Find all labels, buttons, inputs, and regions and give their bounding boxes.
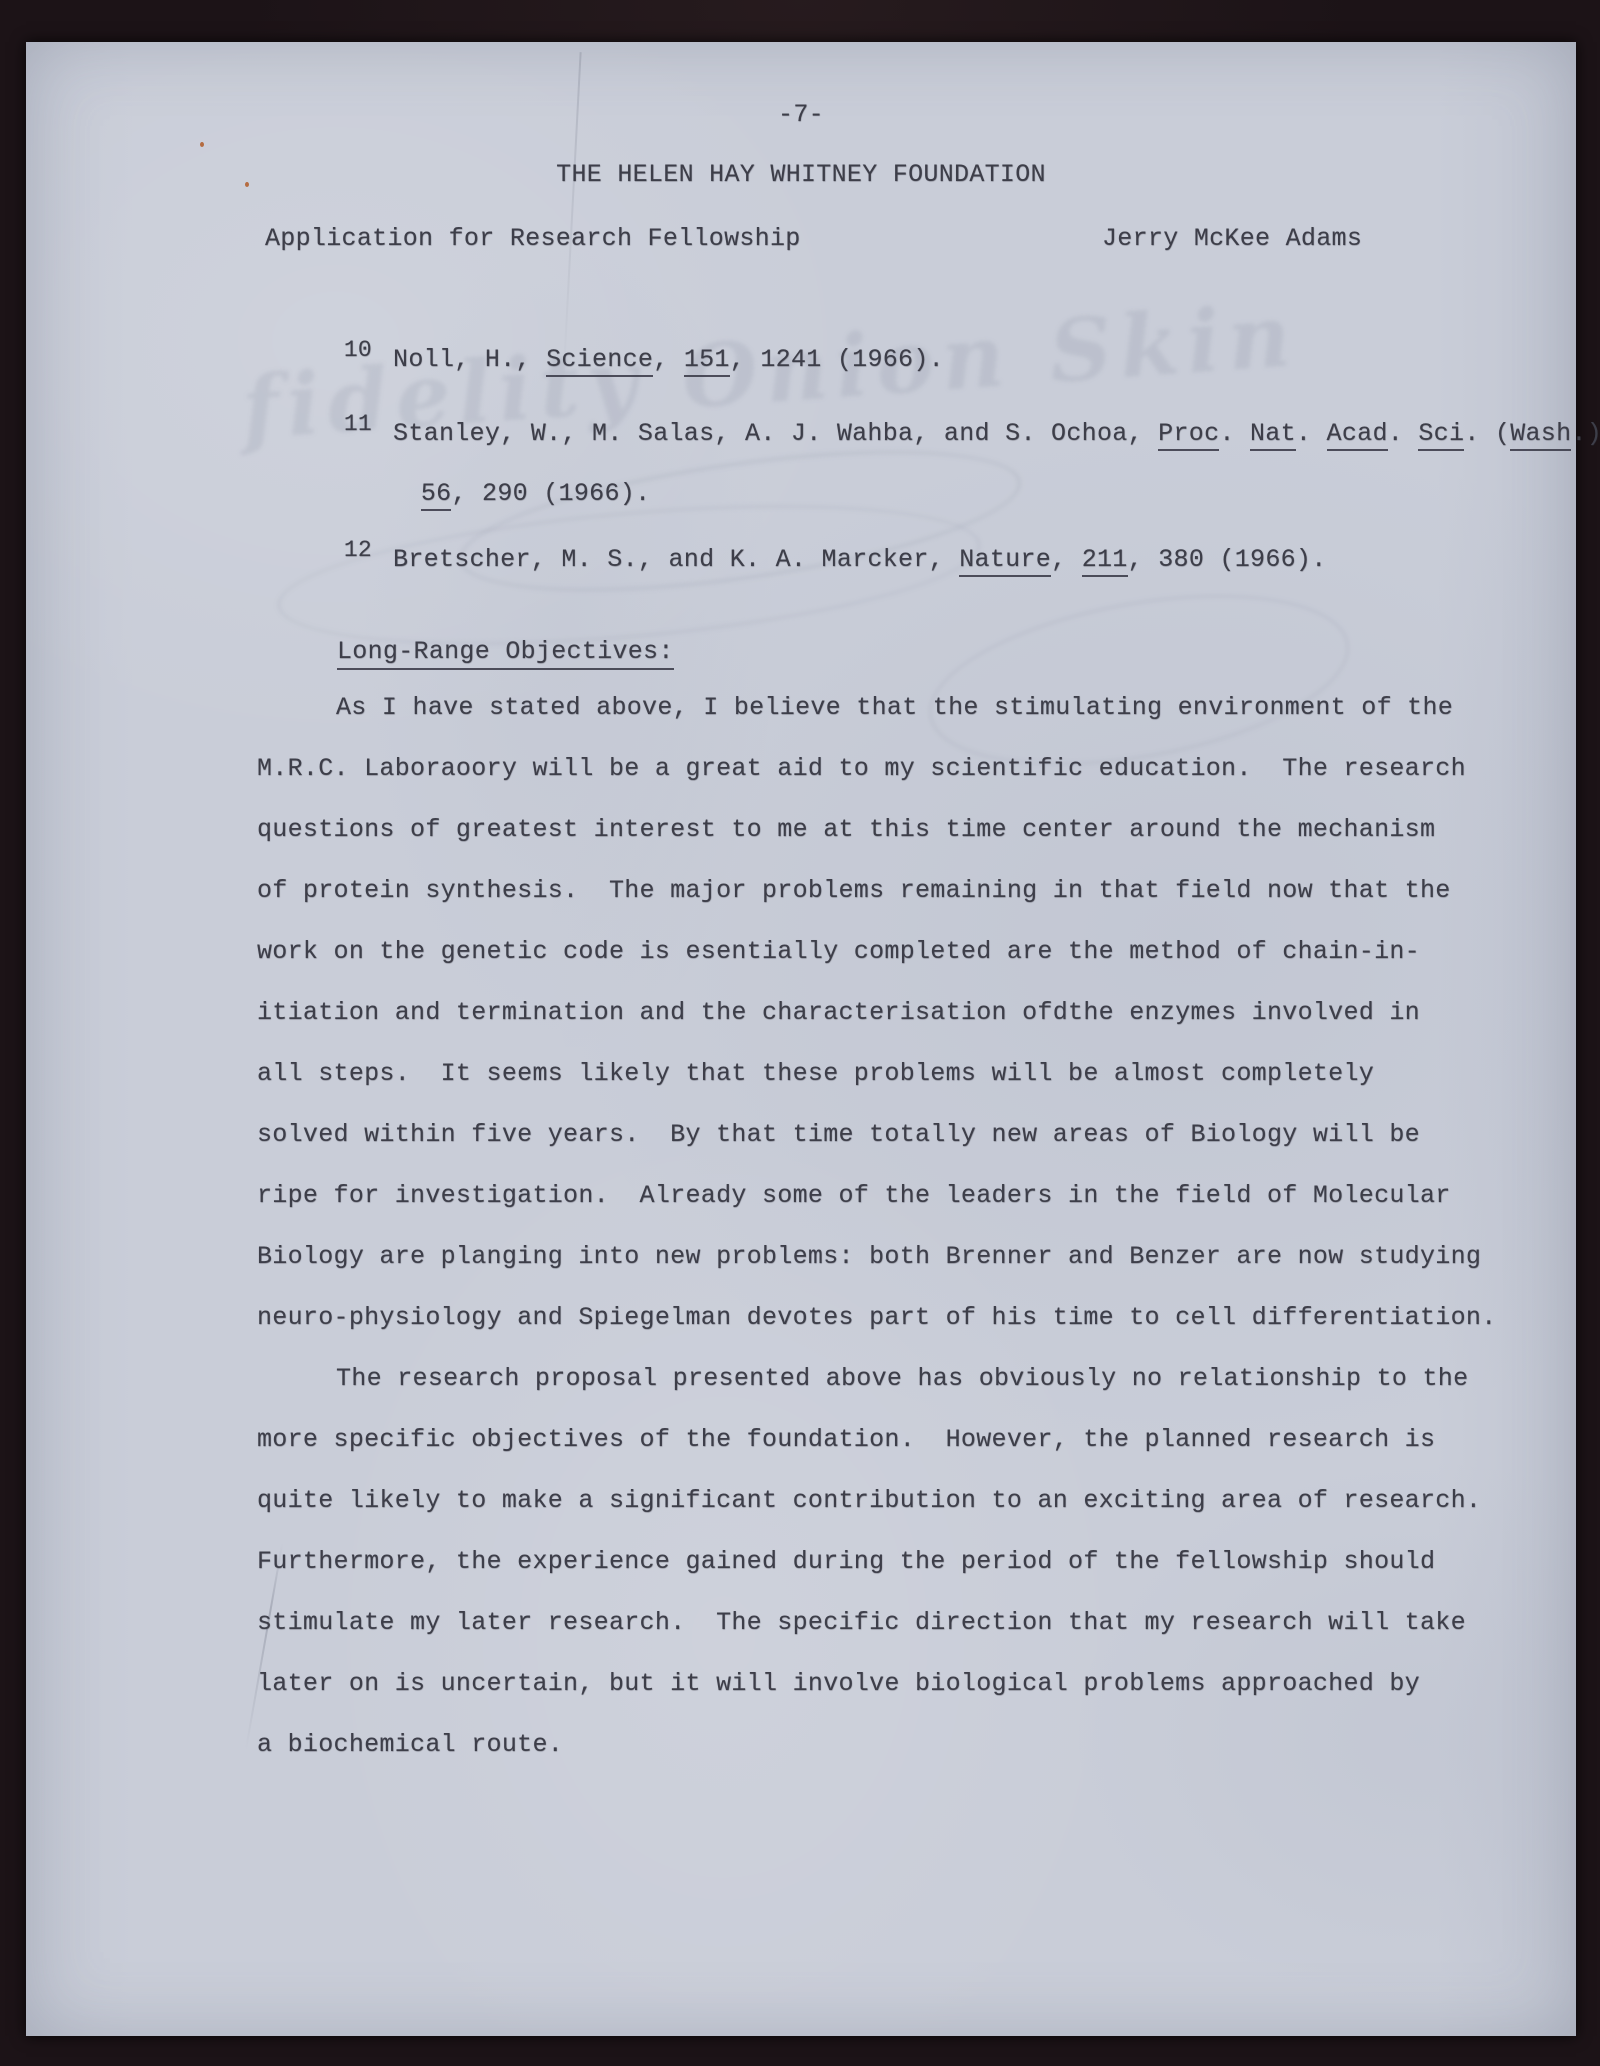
body-text-line: all steps. It seems likely that these pr… bbox=[257, 1043, 1557, 1104]
reference-number: 12 bbox=[344, 535, 372, 565]
body-text-line: work on the genetic code is esentially c… bbox=[257, 921, 1557, 982]
scan-background: fidelity Onion Skin -7- THE HELEN HAY WH… bbox=[0, 0, 1600, 2066]
paragraph-1: As I have stated above, I believe that t… bbox=[257, 677, 1557, 1348]
reference-text-segment: , 380 (1966). bbox=[1128, 545, 1327, 574]
reference-text-underlined: 211 bbox=[1082, 545, 1128, 577]
body-text-line: The research proposal presented above ha… bbox=[257, 1348, 1557, 1409]
body-text-line: As I have stated above, I believe that t… bbox=[257, 677, 1557, 738]
reference-text-segment: . bbox=[1388, 419, 1419, 448]
reference-text-segment: Stanley, W., M. Salas, A. J. Wahba, and … bbox=[393, 419, 1158, 448]
reference-text-segment: , 290 (1966). bbox=[451, 479, 650, 508]
reference-text: Noll, H., Science, 151, 1241 (1966). bbox=[393, 345, 944, 377]
body-text-line: solved within five years. By that time t… bbox=[257, 1104, 1557, 1165]
body-text-line: neuro-physiology and Spiegelman devotes … bbox=[257, 1287, 1557, 1348]
reference-text-underlined: Nat bbox=[1250, 419, 1296, 451]
reference-text-underlined: 151 bbox=[684, 345, 730, 377]
body-text-line: Biology are planging into new problems: … bbox=[257, 1226, 1557, 1287]
reference-text-segment: .), bbox=[1571, 419, 1600, 448]
foundation-title: THE HELEN HAY WHITNEY FOUNDATION bbox=[26, 160, 1576, 190]
body-text-line: later on is uncertain, but it will invol… bbox=[257, 1653, 1557, 1714]
reference-text-segment: Noll, H., bbox=[393, 345, 546, 374]
body-text-line: Furthermore, the experience gained durin… bbox=[257, 1531, 1557, 1592]
paragraph-2: The research proposal presented above ha… bbox=[257, 1348, 1557, 1775]
reference-text-underlined: Proc bbox=[1158, 419, 1219, 451]
reference-text: Stanley, W., M. Salas, A. J. Wahba, and … bbox=[393, 419, 1600, 451]
reference-number: 11 bbox=[344, 409, 372, 439]
body-text-line: questions of greatest interest to me at … bbox=[257, 799, 1557, 860]
reference-item-12: 12Bretscher, M. S., and K. A. Marcker, N… bbox=[252, 515, 1327, 605]
reference-text-underlined: Sci bbox=[1418, 419, 1464, 451]
page-number: -7- bbox=[26, 100, 1576, 130]
reference-text-segment: , 1241 (1966). bbox=[730, 345, 944, 374]
reference-text-underlined: Science bbox=[546, 345, 653, 377]
reference-text-segment: . ( bbox=[1464, 419, 1510, 448]
body-text-line: M.R.C. Laboraoory will be a great aid to… bbox=[257, 738, 1557, 799]
section-heading: Long-Range Objectives: bbox=[337, 637, 674, 670]
reference-text-underlined: Nature bbox=[959, 545, 1051, 577]
application-type: Application for Research Fellowship bbox=[265, 224, 801, 254]
body-text-line: stimulate my later research. The specifi… bbox=[257, 1592, 1557, 1653]
reference-text-segment: Bretscher, M. S., and K. A. Marcker, bbox=[393, 545, 959, 574]
reference-text-segment: , bbox=[1051, 545, 1082, 574]
body-text-line: a biochemical route. bbox=[257, 1714, 1557, 1775]
reference-number: 10 bbox=[344, 335, 372, 365]
body-text-line: more specific objectives of the foundati… bbox=[257, 1409, 1557, 1470]
reference-text-underlined: Wash bbox=[1510, 419, 1571, 451]
reference-text-segment: , bbox=[653, 345, 684, 374]
reference-text-segment: . bbox=[1219, 419, 1250, 448]
applicant-name: Jerry McKee Adams bbox=[1102, 224, 1362, 254]
reference-text-segment: . bbox=[1296, 419, 1327, 448]
reference-text-underlined: Acad bbox=[1327, 419, 1388, 451]
reference-text-underlined: 56 bbox=[421, 479, 452, 511]
reference-text: Bretscher, M. S., and K. A. Marcker, Nat… bbox=[393, 545, 1327, 577]
body-text-line: ripe for investigation. Already some of … bbox=[257, 1165, 1557, 1226]
body-text-line: quite likely to make a significant contr… bbox=[257, 1470, 1557, 1531]
paper-fleck bbox=[200, 142, 204, 147]
document-page: fidelity Onion Skin -7- THE HELEN HAY WH… bbox=[26, 42, 1576, 2036]
body-text-line: itiation and termination and the charact… bbox=[257, 982, 1557, 1043]
reference-text: 56, 290 (1966). bbox=[421, 479, 651, 511]
body-text-line: of protein synthesis. The major problems… bbox=[257, 860, 1557, 921]
